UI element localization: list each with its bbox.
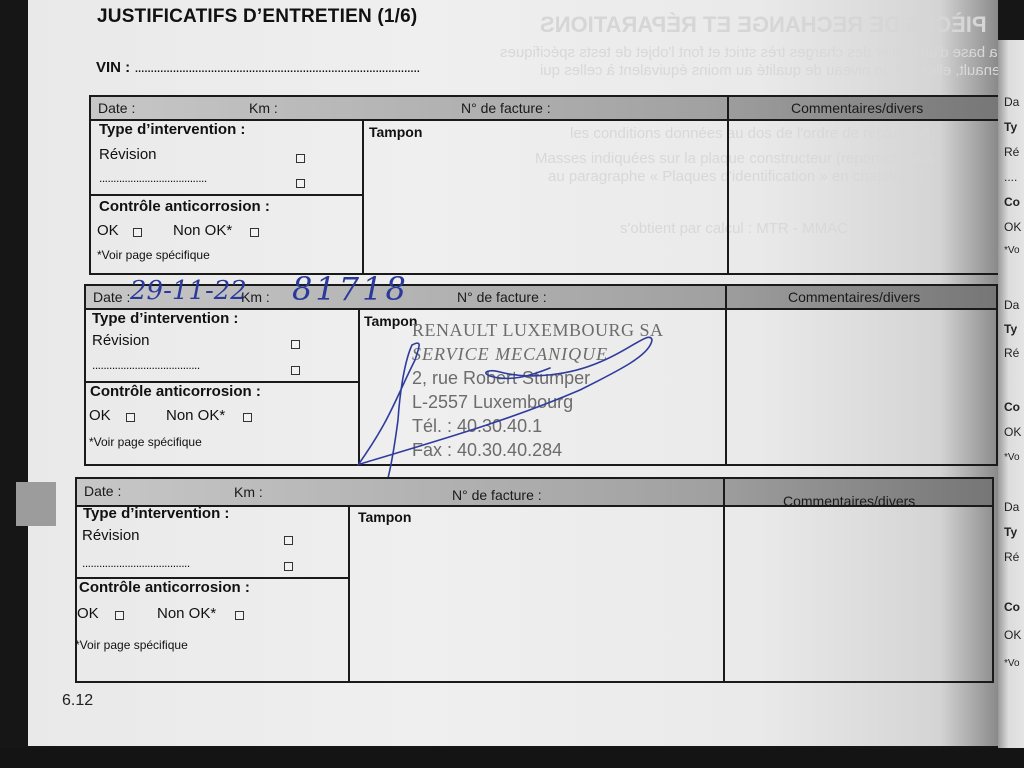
ok-checkbox[interactable]: [126, 413, 135, 422]
next-page-fragment: Ré: [1004, 145, 1019, 159]
km-label: Km :: [249, 100, 278, 116]
stamp-label: Tampon: [358, 509, 411, 525]
date-label: Date :: [93, 289, 130, 305]
revision-checkbox[interactable]: [291, 340, 300, 349]
other-intervention-line[interactable]: ......................................: [82, 556, 190, 570]
not-ok-label: Non OK*: [166, 407, 225, 424]
vin-field[interactable]: VIN : ..................................…: [96, 59, 419, 76]
next-page-fragment: Ty: [1004, 525, 1017, 539]
not-ok-checkbox[interactable]: [250, 228, 259, 237]
bleed-through-line: pièces de rechange d'origine conçues sur…: [500, 44, 1024, 61]
next-page-fragment: Ré: [1004, 550, 1019, 564]
page-title: JUSTIFICATIFS D’ENTRETIEN (1/6): [97, 6, 417, 28]
handwritten-date[interactable]: 29-11-22: [130, 276, 247, 306]
next-page-fragment: ....: [1004, 170, 1017, 184]
next-page-fragment: *Vo: [1004, 658, 1020, 669]
not-ok-label: Non OK*: [157, 605, 216, 622]
anticorrosion-label: Contrôle anticorrosion :: [99, 198, 270, 215]
next-page-fragment: Da: [1004, 500, 1019, 514]
comments-label: Commentaires/divers: [788, 289, 920, 305]
column-divider: [723, 505, 725, 681]
intervention-type-label: Type d’intervention :: [83, 505, 229, 522]
ok-label: OK: [89, 407, 111, 424]
km-label: Km :: [234, 484, 263, 500]
date-label: Date :: [84, 483, 121, 499]
maintenance-entry-1: Date : Km : N° de facture : Commentaires…: [89, 95, 1002, 275]
next-page-edge: Da Ty Ré .... Co OK *Vo Da Ty Ré Co OK *…: [998, 40, 1024, 760]
entry-header: Date : Km : N° de facture : Commentaires…: [77, 479, 992, 507]
next-page-fragment: Da: [1004, 298, 1019, 312]
column-divider: [727, 119, 729, 273]
ok-label: OK: [77, 605, 99, 622]
column-divider: [362, 119, 364, 273]
invoice-label: N° de facture :: [452, 487, 542, 503]
next-page-fragment: Co: [1004, 195, 1020, 209]
other-intervention-checkbox[interactable]: [296, 179, 305, 188]
revision-label: Révision: [92, 332, 150, 349]
bleed-through-line: Renault, elles ont un niveau de qualité …: [540, 62, 1011, 79]
next-page-fragment: Co: [1004, 600, 1020, 614]
entry-header: Date : Km : N° de facture : Commentaires…: [91, 97, 1000, 121]
comments-label: Commentaires/divers: [783, 493, 915, 509]
bleed-through-title: PIÈCES DE RECHANGE ET RÉPARATIONS: [540, 12, 987, 38]
next-page-fragment: Ty: [1004, 120, 1017, 134]
next-page-fragment: OK: [1004, 425, 1021, 439]
other-intervention-checkbox[interactable]: [291, 366, 300, 375]
intervention-type-label: Type d’intervention :: [92, 310, 238, 327]
next-page-fragment: OK: [1004, 628, 1021, 642]
revision-label: Révision: [82, 527, 140, 544]
not-ok-checkbox[interactable]: [243, 413, 252, 422]
footnote: *Voir page spécifique: [97, 248, 210, 262]
anticorrosion-label: Contrôle anticorrosion :: [90, 383, 261, 400]
invoice-label: N° de facture :: [461, 100, 551, 116]
next-page-fragment: Ré: [1004, 346, 1019, 360]
next-page-fragment: OK: [1004, 220, 1021, 234]
other-intervention-line[interactable]: ......................................: [92, 358, 200, 372]
intervention-type-label: Type d’intervention :: [99, 121, 245, 138]
row-divider: [91, 194, 362, 196]
signature: [350, 300, 730, 480]
footnote: *Voir page spécifique: [89, 435, 202, 449]
revision-checkbox[interactable]: [284, 536, 293, 545]
ok-label: OK: [97, 222, 119, 239]
next-page-fragment: *Vo: [1004, 452, 1020, 463]
vin-value: ........................................…: [134, 59, 419, 76]
next-page-fragment: Ty: [1004, 322, 1017, 336]
column-divider: [348, 505, 350, 681]
other-intervention-checkbox[interactable]: [284, 562, 293, 571]
revision-checkbox[interactable]: [296, 154, 305, 163]
comments-label: Commentaires/divers: [791, 100, 923, 116]
page-number: 6.12: [62, 692, 93, 710]
next-page-fragment: *Vo: [1004, 245, 1020, 256]
ok-checkbox[interactable]: [115, 611, 124, 620]
seat-background: [0, 748, 1024, 768]
revision-label: Révision: [99, 146, 157, 163]
not-ok-label: Non OK*: [173, 222, 232, 239]
next-page-fragment: Da: [1004, 95, 1019, 109]
not-ok-checkbox[interactable]: [235, 611, 244, 620]
next-page-fragment: Co: [1004, 400, 1020, 414]
footnote: *Voir page spécifique: [75, 638, 188, 652]
anticorrosion-label: Contrôle anticorrosion :: [79, 579, 250, 596]
other-intervention-line[interactable]: ......................................: [99, 171, 207, 185]
ok-checkbox[interactable]: [133, 228, 142, 237]
section-tab-marker: [16, 482, 56, 526]
vin-label: VIN :: [96, 59, 130, 76]
date-label: Date :: [98, 100, 135, 116]
maintenance-entry-3: Date : Km : N° de facture : Commentaires…: [75, 477, 994, 683]
stamp-label: Tampon: [369, 124, 422, 140]
